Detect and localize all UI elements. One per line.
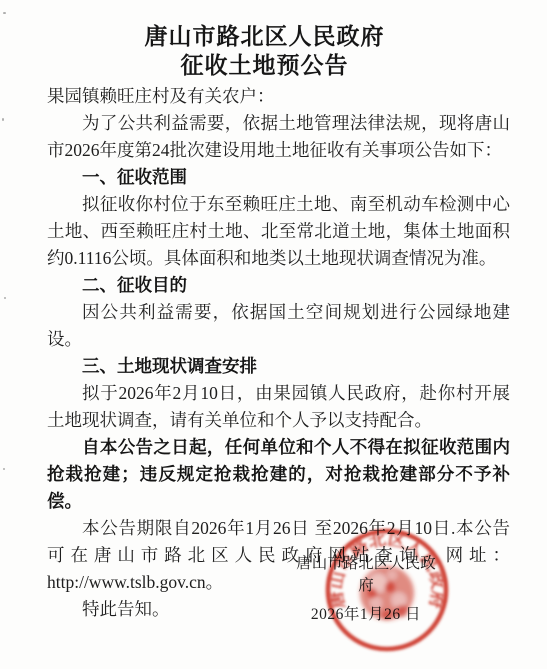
salutation: 果园镇赖旺庄村及有关农户： — [47, 83, 510, 110]
paragraph: 拟征收你村位于东至赖旺庄土地、南至机动车检测中心土地、西至赖旺庄村土地、北至常北… — [47, 191, 510, 272]
section-heading: 二、征收目的 — [47, 272, 510, 299]
paragraph: 拟于2026年2月10日，由果园镇人民政府，赴你村开展土地现状调查，请有关单位和… — [47, 380, 510, 434]
section-heading: 三、土地现状调查安排 — [47, 353, 510, 380]
document-page: 唐山市路北区人民政府 征收土地预公告 果园镇赖旺庄村及有关农户： 为了公共利益需… — [0, 0, 547, 669]
section-heading: 一、征收范围 — [47, 164, 510, 191]
scan-speck — [2, 118, 4, 121]
official-seal: 唐山市路北区人民政府 — [320, 523, 454, 657]
seal-emblem — [360, 566, 414, 620]
paragraph: 自本公告之日起，任何单位和个人不得在拟征收范围内抢栽抢建；违反规定抢栽抢建的，对… — [47, 434, 510, 515]
title-line-2: 征收土地预公告 — [0, 51, 529, 80]
title-line-1: 唐山市路北区人民政府 — [0, 22, 529, 51]
scan-speck — [3, 468, 5, 470]
paragraph: 因公共利益需要，依据国土空间规划进行公园绿地建设。 — [47, 299, 510, 353]
scan-speck — [3, 12, 6, 14]
document-title: 唐山市路北区人民政府 征收土地预公告 — [0, 22, 547, 80]
scan-speck — [4, 297, 6, 299]
paragraph: 为了公共利益需要，依据土地管理法律法规，现将唐山市2026年度第24批次建设用地… — [47, 110, 510, 164]
